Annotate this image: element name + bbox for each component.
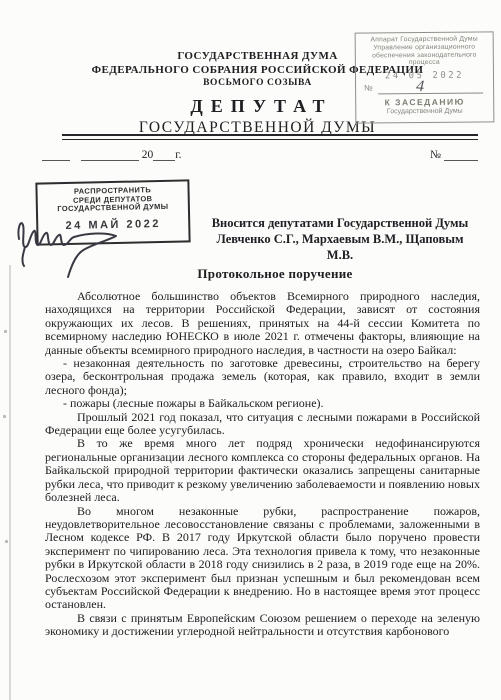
- date-year-prefix: 20: [142, 149, 154, 161]
- body-paragraph: Прошлый 2021 год показал, что ситуация с…: [45, 411, 480, 438]
- scanned-document-page: ГОСУДАРСТВЕННАЯ ДУМА ФЕДЕРАЛЬНОГО СОБРАН…: [0, 0, 501, 700]
- date-year-suffix: г.: [175, 149, 181, 161]
- date-fill-in: 20г.: [42, 149, 182, 161]
- submission-line2: Левченко С.Г., Мархаевым В.М., Щаповым М…: [205, 231, 475, 263]
- number-fill-in: №: [430, 149, 478, 161]
- registration-number-handwritten: 4: [416, 78, 425, 96]
- scan-artifact-speck: [5, 540, 8, 543]
- date-blank-day: [42, 149, 70, 161]
- registration-number-blank: [378, 93, 483, 95]
- date-blank-year: [153, 149, 175, 161]
- submission-block: Вносится депутатами Государственной Думы…: [205, 215, 475, 263]
- letterhead-divider-rule: [62, 134, 478, 140]
- document-title: Протокольное поручение: [45, 266, 501, 282]
- registration-number-label: №: [364, 84, 373, 93]
- scan-artifact-speck: [3, 415, 6, 418]
- registration-session-line1: К ЗАСЕДАНИЮ: [356, 97, 493, 108]
- submission-line1: Вносится депутатами Государственной Думы: [205, 215, 475, 231]
- body-paragraph-dash: - пожары (лесные пожары в Байкальском ре…: [45, 397, 480, 410]
- number-label: №: [430, 149, 441, 161]
- registration-number-row: № 4: [364, 83, 483, 96]
- registration-stamp-text: Аппарат Государственной Думы Управление …: [356, 35, 493, 67]
- document-body: Абсолютное большинство объектов Всемирно…: [45, 290, 480, 639]
- body-paragraph: Абсолютное большинство объектов Всемирно…: [45, 290, 480, 357]
- registration-session-line2: Государственной Думы: [356, 108, 493, 116]
- body-paragraph: В связи с принятым Европейским Союзом ре…: [45, 612, 480, 639]
- scan-artifact-line: [9, 265, 11, 700]
- date-blank-month: [81, 149, 139, 161]
- registration-stamp: Аппарат Государственной Думы Управление …: [355, 31, 495, 123]
- number-blank: [444, 149, 478, 161]
- scan-artifact-speck: [4, 330, 7, 333]
- body-paragraph: Во многом незаконные рубки, распростране…: [45, 505, 480, 612]
- body-paragraph: В то же время много лет подряд хроническ…: [45, 437, 480, 504]
- registration-stamp-line4: процесса: [356, 59, 493, 68]
- body-paragraph-dash: - незаконная деятельность по заготовке д…: [45, 357, 480, 397]
